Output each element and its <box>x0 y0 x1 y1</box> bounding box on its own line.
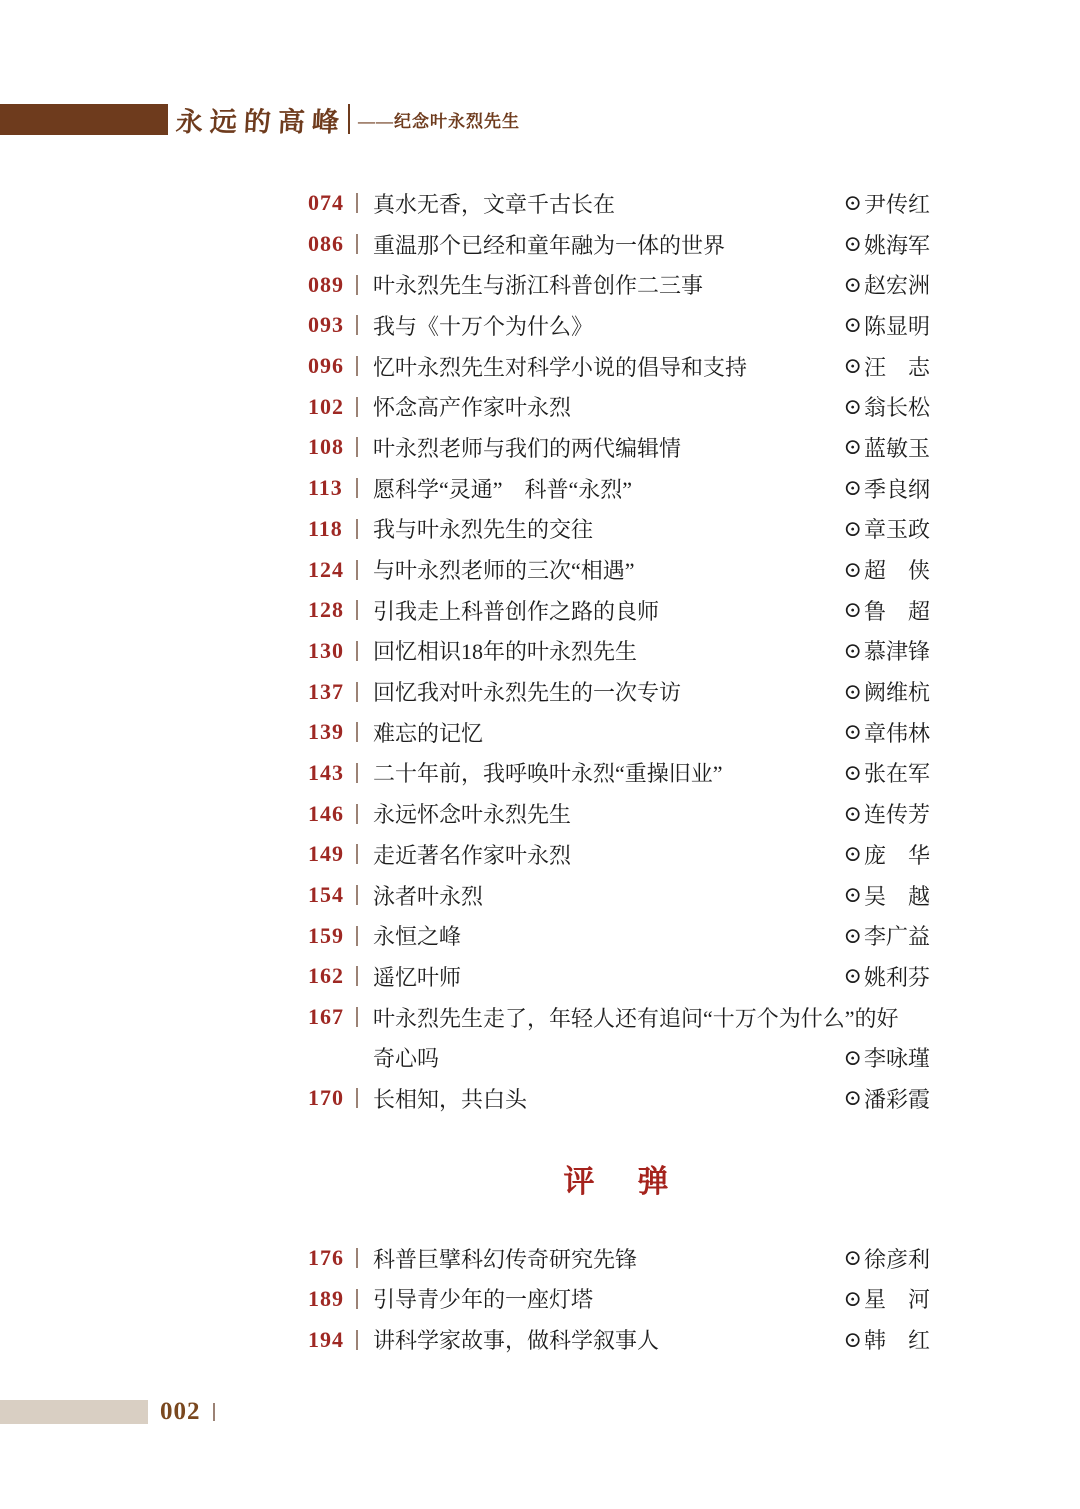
table-of-contents: 074真水无香，文章千古长在⊙尹传红086重温那个已经和童年融为一体的世界⊙姚海… <box>308 183 930 1360</box>
author-name: 赵宏洲 <box>864 269 930 300</box>
toc-entry-title: 重温那个已经和童年融为一体的世界 <box>373 229 836 260</box>
book-title: 永远的高峰 <box>175 100 347 139</box>
toc-divider <box>356 641 358 661</box>
toc-page-number: 108 <box>308 434 352 460</box>
toc-page-number: 146 <box>308 801 352 827</box>
toc-entry: 奇心吗⊙李咏瑾 <box>308 1037 930 1078</box>
toc-page-number: 139 <box>308 719 352 745</box>
toc-entry: 089叶永烈先生与浙江科普创作二三事⊙赵宏洲 <box>308 264 930 305</box>
toc-divider <box>356 193 358 213</box>
toc-entry-author: ⊙张在军 <box>844 757 930 788</box>
author-name: 庞 华 <box>864 839 930 870</box>
toc-entry-author: ⊙姚海军 <box>844 229 930 260</box>
toc-divider <box>356 1007 358 1027</box>
toc-divider <box>356 560 358 580</box>
author-marker-icon: ⊙ <box>844 801 862 827</box>
toc-page-number: 093 <box>308 312 352 338</box>
toc-entry: 170长相知，共白头⊙潘彩霞 <box>308 1078 930 1119</box>
author-marker-icon: ⊙ <box>844 1045 862 1071</box>
author-marker-icon: ⊙ <box>844 516 862 542</box>
toc-page-number: 189 <box>308 1286 352 1312</box>
toc-entry-author: ⊙季良纲 <box>844 473 930 504</box>
toc-entry: 113愿科学“灵通” 科普“永烈”⊙季良纲 <box>308 468 930 509</box>
toc-entry-author: ⊙李广益 <box>844 920 930 951</box>
toc-entry-title: 叶永烈先生走了，年轻人还有追问“十万个为什么”的好 <box>373 1002 930 1033</box>
toc-entry-title: 我与《十万个为什么》 <box>373 310 836 341</box>
toc-entry-title: 回忆我对叶永烈先生的一次专访 <box>373 676 836 707</box>
toc-entry: 146永远怀念叶永烈先生⊙连传芳 <box>308 793 930 834</box>
author-marker-icon: ⊙ <box>844 231 862 257</box>
book-subtitle: ——纪念叶永烈先生 <box>358 107 520 132</box>
toc-page-number: 167 <box>308 1004 352 1030</box>
section-heading: 评 弹 <box>308 1159 930 1204</box>
toc-entry: 074真水无香，文章千古长在⊙尹传红 <box>308 183 930 224</box>
toc-entry-author: ⊙潘彩霞 <box>844 1083 930 1114</box>
toc-page-number: 162 <box>308 963 352 989</box>
author-name: 陈显明 <box>864 310 930 341</box>
author-name: 张在军 <box>864 757 930 788</box>
toc-entry-author: ⊙李咏瑾 <box>844 1042 930 1073</box>
toc-entry-author: ⊙吴 越 <box>844 880 930 911</box>
toc-entry: 162遥忆叶师⊙姚利芬 <box>308 956 930 997</box>
author-marker-icon: ⊙ <box>844 719 862 745</box>
toc-divider <box>356 885 358 905</box>
toc-divider <box>356 315 358 335</box>
author-name: 章伟林 <box>864 717 930 748</box>
toc-entry-title: 泳者叶永烈 <box>373 880 836 911</box>
toc-entry: 086重温那个已经和童年融为一体的世界⊙姚海军 <box>308 224 930 265</box>
toc-divider <box>356 437 358 457</box>
toc-page-number: 089 <box>308 272 352 298</box>
page-header: 永远的高峰 ——纪念叶永烈先生 <box>0 100 520 138</box>
author-name: 韩 红 <box>864 1324 930 1355</box>
toc-entry-title: 永远怀念叶永烈先生 <box>373 798 836 829</box>
toc-divider <box>356 763 358 783</box>
author-marker-icon: ⊙ <box>844 557 862 583</box>
toc-entry: 139难忘的记忆⊙章伟林 <box>308 712 930 753</box>
toc-entry: 118我与叶永烈先生的交往⊙章玉政 <box>308 509 930 550</box>
toc-page-number: 074 <box>308 190 352 216</box>
author-marker-icon: ⊙ <box>844 963 862 989</box>
toc-entry-title: 回忆相识18年的叶永烈先生 <box>373 635 836 666</box>
toc-entry-author: ⊙汪 志 <box>844 351 930 382</box>
author-name: 连传芳 <box>864 798 930 829</box>
toc-page-number: 124 <box>308 557 352 583</box>
toc-entry-title: 长相知，共白头 <box>373 1083 836 1114</box>
toc-entry-title: 永恒之峰 <box>373 920 836 951</box>
toc-divider <box>356 1088 358 1108</box>
toc-entry-author: ⊙翁长松 <box>844 391 930 422</box>
toc-page-number: 086 <box>308 231 352 257</box>
author-name: 李广益 <box>864 920 930 951</box>
toc-entry-title: 我与叶永烈先生的交往 <box>373 513 836 544</box>
toc-page-number: 130 <box>308 638 352 664</box>
author-name: 姚海军 <box>864 229 930 260</box>
toc-entry-title: 遥忆叶师 <box>373 961 836 992</box>
toc-entry: 167叶永烈先生走了，年轻人还有追问“十万个为什么”的好 <box>308 997 930 1038</box>
toc-divider <box>356 844 358 864</box>
toc-entry-author: ⊙超 侠 <box>844 554 930 585</box>
toc-entry: 130回忆相识18年的叶永烈先生⊙慕津锋 <box>308 631 930 672</box>
author-name: 徐彦利 <box>864 1243 930 1274</box>
author-marker-icon: ⊙ <box>844 475 862 501</box>
author-name: 慕津锋 <box>864 635 930 666</box>
toc-entry-author: ⊙姚利芬 <box>844 961 930 992</box>
author-name: 吴 越 <box>864 880 930 911</box>
toc-entry-title: 引导青少年的一座灯塔 <box>373 1283 836 1314</box>
toc-entry-title: 与叶永烈老师的三次“相遇” <box>373 554 836 585</box>
toc-entry-author: ⊙蓝敏玉 <box>844 432 930 463</box>
author-marker-icon: ⊙ <box>844 1286 862 1312</box>
toc-divider <box>356 356 358 376</box>
author-name: 季良纲 <box>864 473 930 504</box>
toc-divider <box>356 275 358 295</box>
toc-page-number: 149 <box>308 841 352 867</box>
author-marker-icon: ⊙ <box>844 1085 862 1111</box>
toc-entry: 143二十年前，我呼唤叶永烈“重操旧业”⊙张在军 <box>308 753 930 794</box>
author-marker-icon: ⊙ <box>844 923 862 949</box>
toc-page-number: 170 <box>308 1085 352 1111</box>
toc-page-number: 159 <box>308 923 352 949</box>
author-marker-icon: ⊙ <box>844 841 862 867</box>
author-marker-icon: ⊙ <box>844 760 862 786</box>
toc-divider <box>356 234 358 254</box>
author-name: 章玉政 <box>864 513 930 544</box>
author-marker-icon: ⊙ <box>844 190 862 216</box>
toc-entry-author: ⊙陈显明 <box>844 310 930 341</box>
author-marker-icon: ⊙ <box>844 394 862 420</box>
author-name: 鲁 超 <box>864 595 930 626</box>
toc-divider <box>356 1248 358 1268</box>
author-marker-icon: ⊙ <box>844 1245 862 1271</box>
toc-divider <box>356 966 358 986</box>
toc-entry: 102怀念高产作家叶永烈⊙翁长松 <box>308 386 930 427</box>
toc-page-number: 154 <box>308 882 352 908</box>
toc-divider <box>356 600 358 620</box>
toc-entry: 149走近著名作家叶永烈⊙庞 华 <box>308 834 930 875</box>
toc-entry-author: ⊙慕津锋 <box>844 635 930 666</box>
toc-divider <box>356 682 358 702</box>
book-page: 永远的高峰 ——纪念叶永烈先生 074真水无香，文章千古长在⊙尹传红086重温那… <box>0 0 1080 1509</box>
toc-entry: 124与叶永烈老师的三次“相遇”⊙超 侠 <box>308 549 930 590</box>
author-marker-icon: ⊙ <box>844 638 862 664</box>
toc-entry-author: ⊙尹传红 <box>844 188 930 219</box>
toc-divider <box>356 804 358 824</box>
author-name: 李咏瑾 <box>864 1042 930 1073</box>
toc-entry: 194讲科学家故事，做科学叙事人⊙韩 红 <box>308 1319 930 1360</box>
toc-entry-title: 怀念高产作家叶永烈 <box>373 391 836 422</box>
toc-entry-title: 叶永烈老师与我们的两代编辑情 <box>373 432 836 463</box>
author-name: 姚利芬 <box>864 961 930 992</box>
title-divider <box>348 104 350 134</box>
folio-page-number: 002 <box>160 1398 201 1426</box>
author-marker-icon: ⊙ <box>844 312 862 338</box>
author-marker-icon: ⊙ <box>844 434 862 460</box>
toc-entry-author: ⊙章伟林 <box>844 717 930 748</box>
author-marker-icon: ⊙ <box>844 679 862 705</box>
toc-entry-author: ⊙韩 红 <box>844 1324 930 1355</box>
toc-page-number: 137 <box>308 679 352 705</box>
toc-entry-title: 讲科学家故事，做科学叙事人 <box>373 1324 836 1355</box>
toc-page-number: 102 <box>308 394 352 420</box>
toc-page-number: 143 <box>308 760 352 786</box>
author-name: 超 侠 <box>864 554 930 585</box>
author-name: 尹传红 <box>864 188 930 219</box>
toc-page-number: 096 <box>308 353 352 379</box>
toc-entry: 093我与《十万个为什么》⊙陈显明 <box>308 305 930 346</box>
toc-entry-title: 叶永烈先生与浙江科普创作二三事 <box>373 269 836 300</box>
toc-page-number: 113 <box>308 475 352 501</box>
toc-entry-author: ⊙徐彦利 <box>844 1243 930 1274</box>
toc-divider <box>356 722 358 742</box>
author-marker-icon: ⊙ <box>844 882 862 908</box>
toc-entry: 176科普巨擘科幻传奇研究先锋⊙徐彦利 <box>308 1238 930 1279</box>
toc-entry: 154泳者叶永烈⊙吴 越 <box>308 875 930 916</box>
toc-entry-title: 引我走上科普创作之路的良师 <box>373 595 836 626</box>
toc-entry-title: 忆叶永烈先生对科学小说的倡导和支持 <box>373 351 836 382</box>
toc-entry-title: 真水无香，文章千古长在 <box>373 188 836 219</box>
toc-entry: 096忆叶永烈先生对科学小说的倡导和支持⊙汪 志 <box>308 346 930 387</box>
toc-entry-title: 二十年前，我呼唤叶永烈“重操旧业” <box>373 757 836 788</box>
toc-divider <box>356 1289 358 1309</box>
footer-accent-bar <box>0 1400 148 1424</box>
toc-entry: 128引我走上科普创作之路的良师⊙鲁 超 <box>308 590 930 631</box>
toc-entry-title: 奇心吗 <box>373 1042 836 1073</box>
toc-entry-title: 难忘的记忆 <box>373 717 836 748</box>
author-name: 汪 志 <box>864 351 930 382</box>
toc-divider <box>356 926 358 946</box>
toc-page-number: 128 <box>308 597 352 623</box>
toc-divider <box>356 1330 358 1350</box>
toc-page-number: 118 <box>308 516 352 542</box>
author-name: 蓝敏玉 <box>864 432 930 463</box>
toc-entry: 108叶永烈老师与我们的两代编辑情⊙蓝敏玉 <box>308 427 930 468</box>
header-accent-bar <box>0 104 168 135</box>
author-marker-icon: ⊙ <box>844 353 862 379</box>
toc-entry-author: ⊙鲁 超 <box>844 595 930 626</box>
toc-entry-author: ⊙阙维杭 <box>844 676 930 707</box>
toc-divider <box>356 478 358 498</box>
toc-entry-author: ⊙章玉政 <box>844 513 930 544</box>
toc-entry-title: 科普巨擘科幻传奇研究先锋 <box>373 1243 836 1274</box>
author-marker-icon: ⊙ <box>844 1327 862 1353</box>
author-name: 阙维杭 <box>864 676 930 707</box>
toc-entry-author: ⊙庞 华 <box>844 839 930 870</box>
toc-entry: 137回忆我对叶永烈先生的一次专访⊙阙维杭 <box>308 671 930 712</box>
toc-entry-author: ⊙星 河 <box>844 1283 930 1314</box>
toc-page-number: 176 <box>308 1245 352 1271</box>
toc-page-number: 194 <box>308 1327 352 1353</box>
toc-entry: 189引导青少年的一座灯塔⊙星 河 <box>308 1279 930 1320</box>
author-name: 翁长松 <box>864 391 930 422</box>
toc-divider <box>356 397 358 417</box>
author-marker-icon: ⊙ <box>844 272 862 298</box>
toc-divider <box>356 519 358 539</box>
toc-entry-title: 愿科学“灵通” 科普“永烈” <box>373 473 836 504</box>
author-marker-icon: ⊙ <box>844 597 862 623</box>
toc-entry: 159永恒之峰⊙李广益 <box>308 915 930 956</box>
page-footer: 002 <box>0 1398 215 1426</box>
author-name: 潘彩霞 <box>864 1083 930 1114</box>
toc-entry-title: 走近著名作家叶永烈 <box>373 839 836 870</box>
toc-entry-author: ⊙赵宏洲 <box>844 269 930 300</box>
author-name: 星 河 <box>864 1283 930 1314</box>
toc-entry-author: ⊙连传芳 <box>844 798 930 829</box>
folio-divider <box>213 1403 215 1421</box>
